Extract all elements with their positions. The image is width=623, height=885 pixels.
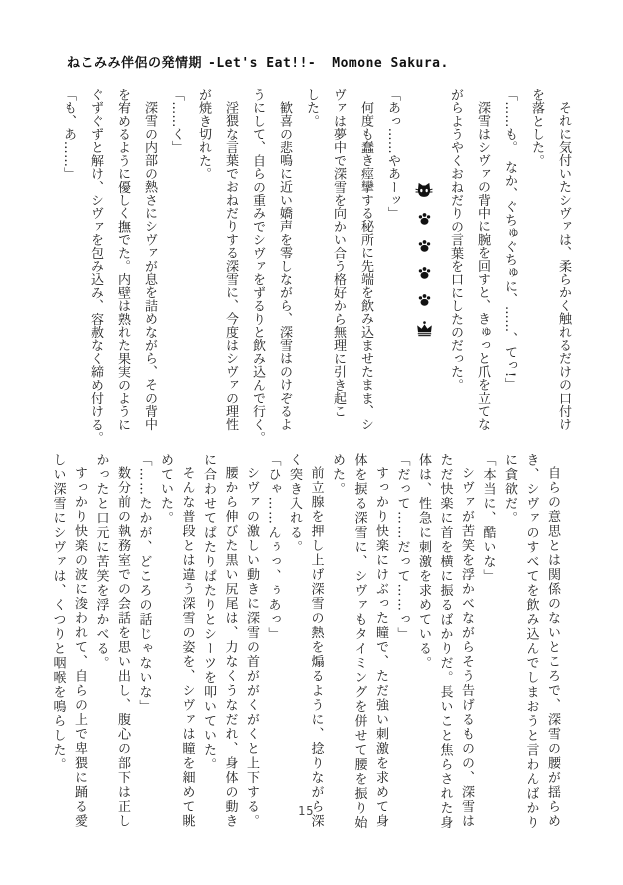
paw-icon [418, 240, 431, 252]
text-band-upper: それに気付いたシヴァは、柔らかく触れるだけの口付けを落とした。「……も。 なか、… [57, 88, 571, 444]
text-column: 前立腺を押し上げ深雪の熱を煽るように、捻りながら深 [309, 453, 324, 833]
paw-icon [418, 213, 431, 225]
header-author: Momone Sakura. [332, 56, 449, 71]
doujin-novel-page: ねこみみ伴侶の発情期-Let's Eat!!-Momone Sakura. それ… [0, 0, 623, 885]
text-column: がらようやくおねだりの言葉を口にしたのだった。 [448, 88, 463, 444]
text-column: く突き入れる。 [287, 453, 302, 833]
text-column: した。 [304, 88, 319, 444]
text-column: 「本当に、酷いな」 [481, 453, 496, 833]
text-column: かったと口元に苦笑を浮かべる。 [94, 453, 109, 833]
text-column: 体は、性急に刺激を求めている。 [416, 453, 431, 833]
header-title-english: -Let's Eat!!- [208, 56, 316, 71]
text-column: ただ快楽に首を横に振るばかりだ。長いこと焦らされた身 [438, 453, 453, 833]
text-column: ヴァは夢中で深雪を向かい合う格好から無理に引き起こ [331, 88, 346, 444]
crown-icon [416, 321, 433, 337]
text-column: それに気付いたシヴァは、柔らかく触れるだけの口付け [556, 88, 571, 444]
text-column: ぐずぐずと解け、シヴァを包み込み、容赦なく締め付ける。 [88, 88, 103, 444]
text-column: 淫猥な言葉でおねだりする深雪に、今度はシヴァの理性 [223, 88, 238, 444]
text-column: 「も、あ……」 [61, 88, 76, 444]
text-column: めていた。 [158, 453, 173, 833]
text-column: うにして、自らの重みでシヴァをずるりと飲み込んで行く。 [250, 88, 265, 444]
text-column: に貪欲だ。 [502, 453, 517, 833]
text-column: 腰から伸びた黒い尻尾は、力なくうなだれ、身体の動き [223, 453, 238, 833]
text-column: 深雪はシヴァの背中に腕を回すと、きゅっと爪を立てな [475, 88, 490, 444]
text-column: すっかり快楽の波に浚われて、自らの上で卑猥に踊る愛 [72, 453, 87, 833]
text-column: 「……たかが、どころの話じゃないな」 [137, 453, 152, 833]
scene-divider [412, 88, 436, 444]
text-column: を宥めるように優しく撫でた。内壁は熟れた果実のように [115, 88, 130, 444]
paw-icon [418, 267, 431, 279]
text-column: 深雪の内部の熱さにシヴァが息を詰めながら、その背中 [142, 88, 157, 444]
text-column: すっかり快楽にけぶった瞳で、ただ強い刺激を求めて身 [373, 453, 388, 833]
text-column: そんな普段とは違う深雪の姿を、シヴァは瞳を細めて眺 [180, 453, 195, 833]
text-column: 自らの意思とは関係のないところで、深雪の腰が揺らめ [545, 453, 560, 833]
text-column: 何度も蠢き痙攣する秘所に先端を飲み込ませたまま、シ [358, 88, 373, 444]
page-header: ねこみみ伴侶の発情期-Let's Eat!!-Momone Sakura. [67, 52, 449, 71]
cat-face-icon [415, 182, 433, 198]
text-column: 「だって……だって……っ」 [395, 453, 410, 833]
text-column: を落とした。 [529, 88, 544, 444]
text-column: き、シヴァのすべてを飲み込んでしまおうと言わんばかり [524, 453, 539, 833]
text-column: シヴァが苦笑を浮かべながらそう告げるものの、深雪は [459, 453, 474, 833]
text-column: 「……も。 なか、ぐちゅぐちゅに、……、てっ!」 [502, 88, 517, 444]
text-column: 「あっ……やあーッ」 [385, 88, 400, 444]
text-column: しい深雪にシヴァは、くつりと咽喉を鳴らした。 [51, 453, 66, 833]
text-column: めた。 [330, 453, 345, 833]
paw-icon [418, 294, 431, 306]
header-title-japanese: ねこみみ伴侶の発情期 [67, 56, 202, 71]
text-column: 歓喜の悲鳴に近い嬌声を零しながら、深雪はのけぞるよ [277, 88, 292, 444]
text-column: 体を捩る深雪に、シヴァもタイミングを併せて腰を振り始 [352, 453, 367, 833]
text-column: に合わせてぱたりぱたりとシーツを叩いていた。 [201, 453, 216, 833]
text-column: 数分前の執務室での会話を思い出し、腹心の部下は正し [115, 453, 130, 833]
text-band-lower: 自らの意思とは関係のないところで、深雪の腰が揺らめき、シヴァのすべてを飲み込んで… [52, 453, 560, 833]
text-column: シヴァの激しい動きに深雪の首ががくがくと上下する。 [244, 453, 259, 833]
page-number: 15 [298, 804, 314, 818]
text-column: 「ひゃ……んぅっ、ぅあっ」 [266, 453, 281, 833]
text-column: が焼き切れた。 [196, 88, 211, 444]
text-column: 「……く」 [169, 88, 184, 444]
